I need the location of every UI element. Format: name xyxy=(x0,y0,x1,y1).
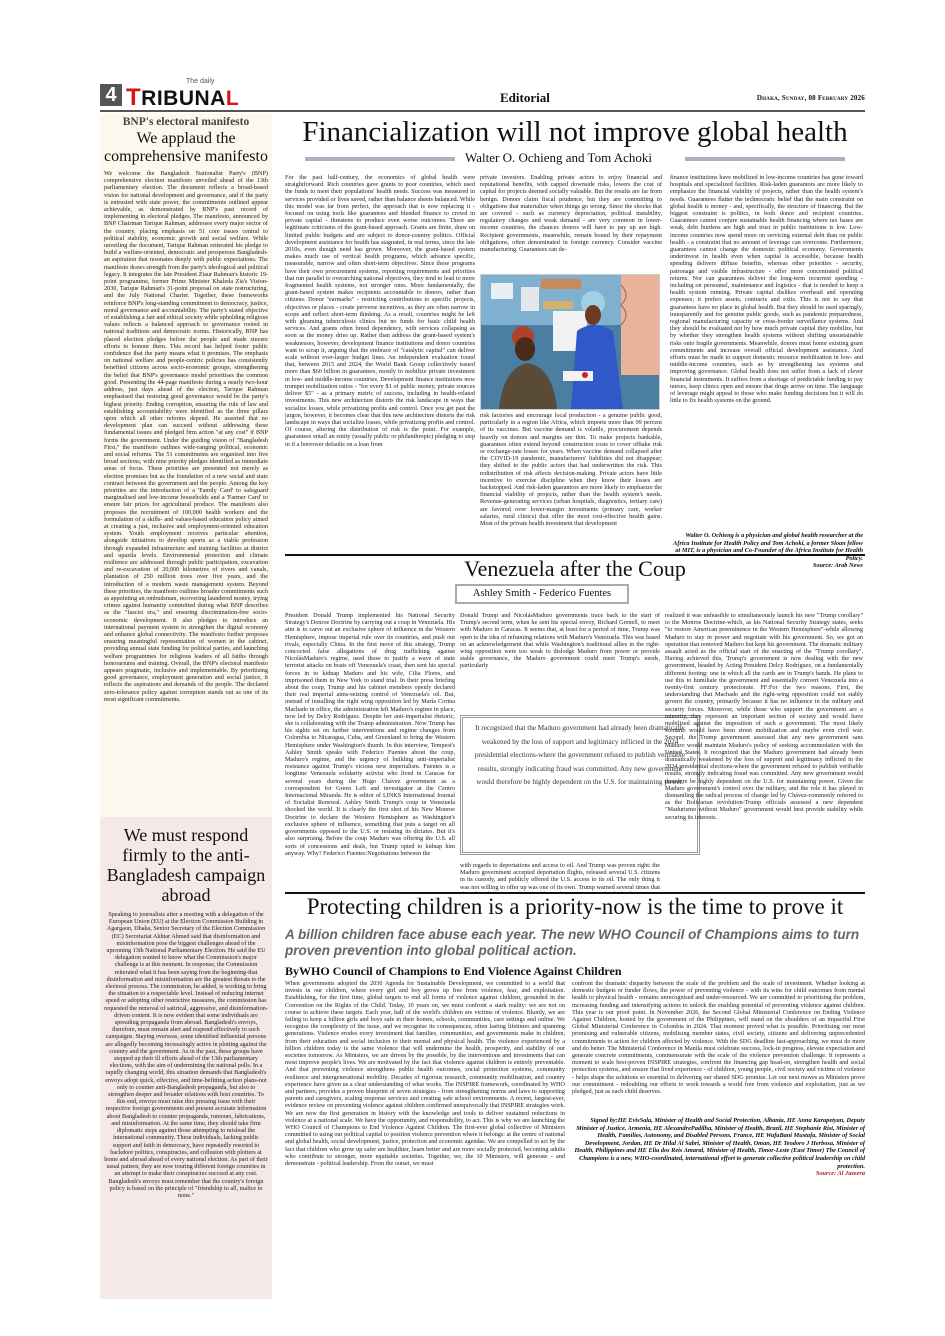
page-number: 4 xyxy=(100,84,122,106)
article-headline: Venezuela after the Coup xyxy=(285,556,865,582)
logo-tagline: The daily xyxy=(186,78,214,85)
article-column-1: President Donald Trump implemented his N… xyxy=(285,612,455,887)
article-column-2b: risk factories and encourage local produ… xyxy=(480,412,662,552)
tribunal-logo: The daily TRIBUNAL xyxy=(126,84,239,112)
article-headline: Financialization will not improve global… xyxy=(285,116,865,148)
signatories: Signed by:HE EvisSala, Minister of Healt… xyxy=(572,1117,865,1178)
byline-authors: Walter O. Ochieng and Tom Achoki xyxy=(465,150,652,166)
editorial-bnp-manifesto: BNP's electoral manifesto We applaud the… xyxy=(100,114,272,839)
editorial-kicker: BNP's electoral manifesto xyxy=(100,116,272,128)
article-column-3: finance institutions have mobilized in l… xyxy=(670,174,863,529)
vaccination-photo xyxy=(480,274,660,410)
dateline: Dhaka, Sunday, 08 February 2026 xyxy=(757,94,865,102)
article-byline: Ashley Smith - Federico Fuentes xyxy=(455,584,629,604)
signatories-text: Signed by:HE EvisSala, Minister of Healt… xyxy=(574,1117,865,1170)
article-column-1: For the past half-century, the economics… xyxy=(285,174,475,554)
newspaper-page: 4 The daily TRIBUNAL Editorial Dhaka, Su… xyxy=(100,82,865,1302)
article-column-2: confront the dramatic disparity between … xyxy=(572,980,865,1115)
editorial-title: We applaud the comprehensive manifesto xyxy=(100,130,272,166)
masthead: 4 The daily TRIBUNAL Editorial Dhaka, Su… xyxy=(100,82,865,112)
article-column-1: When governments adopted the 2030 Agenda… xyxy=(285,980,565,1302)
logo-letter-l: L xyxy=(226,87,239,110)
pull-quote: It recognized that the Maduro government… xyxy=(460,715,700,855)
editorial-anti-bangladesh-campaign: We must respond firmly to the anti-Bangl… xyxy=(100,817,272,1299)
byline-decor-bar xyxy=(305,157,455,161)
article-byline: Walter O. Ochieng and Tom Achoki xyxy=(285,150,865,166)
article-standfirst: A billion children face abuse each year.… xyxy=(285,927,865,959)
article-byline: ByWHO Council of Champions to End Violen… xyxy=(285,964,622,979)
photo-illustration xyxy=(481,275,659,409)
article-source: Source: Al Jazeera xyxy=(816,1170,865,1177)
editorial-body: Speaking to journalists after a meeting … xyxy=(100,911,272,1199)
editorial-title: We must respond firmly to the anti-Bangl… xyxy=(100,825,272,905)
article-column-2a: private investors. Enabling private acto… xyxy=(480,174,662,272)
article-column-2b: with regards to deportations and access … xyxy=(460,862,660,892)
section-title: Editorial xyxy=(500,90,550,106)
editorial-body: We welcome the Bangladesh Nationalist Pa… xyxy=(100,170,272,703)
article-headline: Protecting children is a priority-now is… xyxy=(285,894,865,920)
article-column-2a: Donald Trump and NicolásMaduro governmen… xyxy=(460,612,660,710)
logo-letter-t: T xyxy=(126,84,141,111)
byline-decor-bar xyxy=(685,157,845,161)
logo-letters: RIBUNA xyxy=(141,87,226,110)
article-column-3: realized it was unfeasible to simultaneo… xyxy=(665,612,863,887)
